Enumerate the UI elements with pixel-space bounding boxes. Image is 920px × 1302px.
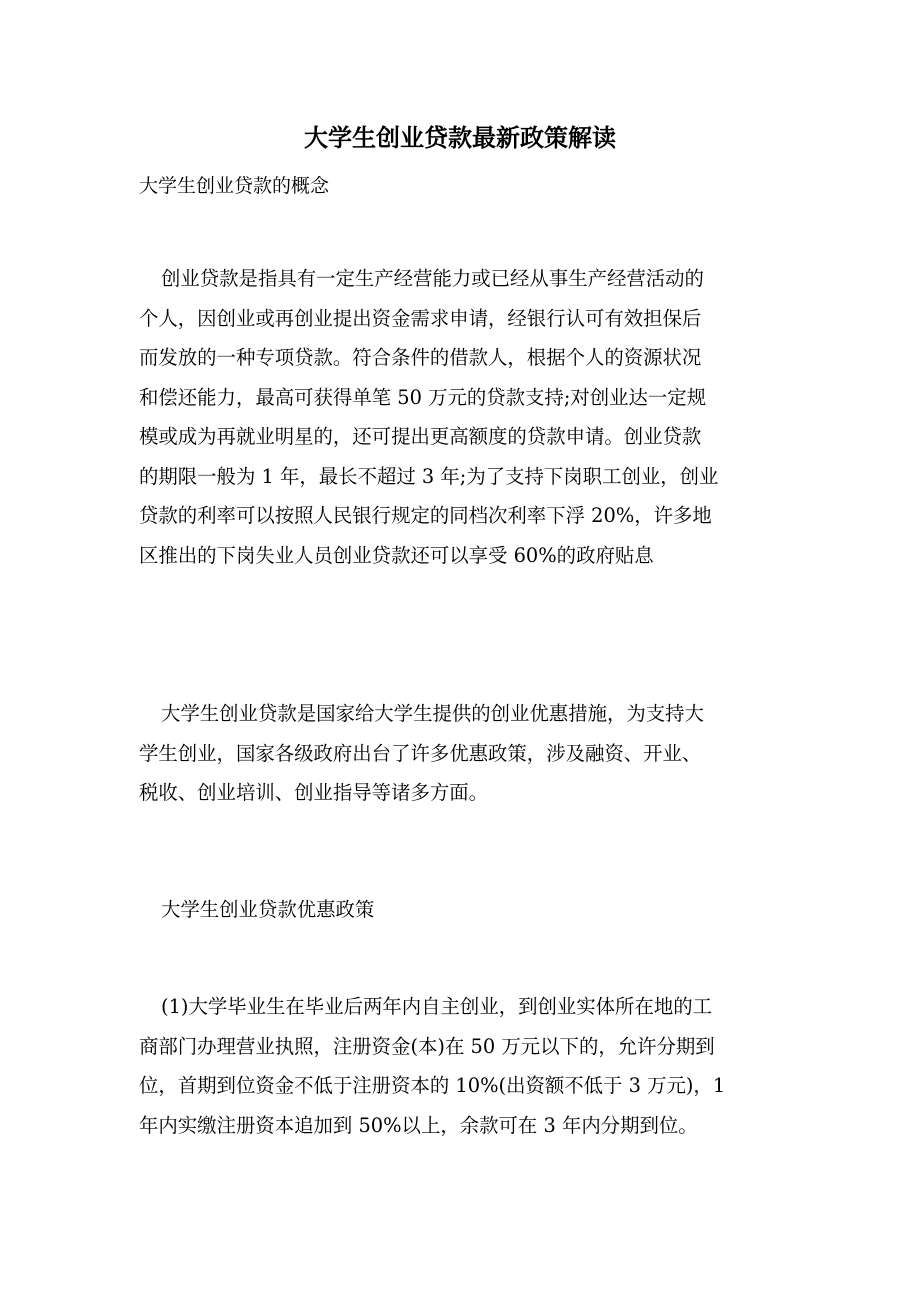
policy-heading: 大学生创业贷款优惠政策 bbox=[139, 890, 779, 930]
paragraph-line: 的期限一般为 1 年，最长不超过 3 年;为了支持下岗职工创业，创业 bbox=[139, 457, 779, 497]
paragraph-line: 区推出的下岗失业人员创业贷款还可以享受 60%的政府贴息 bbox=[139, 536, 779, 576]
paragraph-line: 位，首期到位资金不低于注册资本的 10%(出资额不低于 3 万元)，1 bbox=[139, 1066, 779, 1106]
paragraph-line: 模或成为再就业明星的，还可提出更高额度的贷款申请。创业贷款 bbox=[139, 417, 779, 457]
paragraph-line: 个人，因创业或再创业提出资金需求申请，经银行认可有效担保后 bbox=[139, 299, 779, 339]
paragraph-line: 贷款的利率可以按照人民银行规定的同档次利率下浮 20%，许多地 bbox=[139, 496, 779, 536]
paragraph-policy-item-1: (1)大学毕业生在毕业后两年内自主创业，到创业实体所在地的工 商部门办理营业执照… bbox=[139, 987, 779, 1145]
paragraph-line: 税收、创业培训、创业指导等诸多方面。 bbox=[139, 773, 779, 813]
paragraph-line: 学生创业，国家各级政府出台了许多优惠政策，涉及融资、开业、 bbox=[139, 734, 779, 774]
paragraph-line: 而发放的一种专项贷款。符合条件的借款人，根据个人的资源状况 bbox=[139, 338, 779, 378]
paragraph-policy-heading: 大学生创业贷款优惠政策 bbox=[139, 890, 779, 930]
paragraph-line: 大学生创业贷款是国家给大学生提供的创业优惠措施，为支持大 bbox=[139, 694, 779, 734]
paragraph-line: 商部门办理营业执照，注册资金(本)在 50 万元以下的，允许分期到 bbox=[139, 1027, 779, 1067]
paragraph-line: (1)大学毕业生在毕业后两年内自主创业，到创业实体所在地的工 bbox=[139, 987, 779, 1027]
section-heading: 大学生创业贷款的概念 bbox=[139, 166, 329, 206]
paragraph-line: 创业贷款是指具有一定生产经营能力或已经从事生产经营活动的 bbox=[139, 259, 779, 299]
document-page: 大学生创业贷款最新政策解读 大学生创业贷款的概念 创业贷款是指具有一定生产经营能… bbox=[0, 0, 920, 1302]
paragraph-line: 和偿还能力，最高可获得单笔 50 万元的贷款支持;对创业达一定规 bbox=[139, 378, 779, 418]
paragraph-student-loan: 大学生创业贷款是国家给大学生提供的创业优惠措施，为支持大 学生创业，国家各级政府… bbox=[139, 694, 779, 813]
document-title: 大学生创业贷款最新政策解读 bbox=[0, 118, 920, 158]
paragraph-line: 年内实缴注册资本追加到 50%以上，余款可在 3 年内分期到位。 bbox=[139, 1106, 779, 1146]
paragraph-loan-concept: 创业贷款是指具有一定生产经营能力或已经从事生产经营活动的 个人，因创业或再创业提… bbox=[139, 259, 779, 575]
